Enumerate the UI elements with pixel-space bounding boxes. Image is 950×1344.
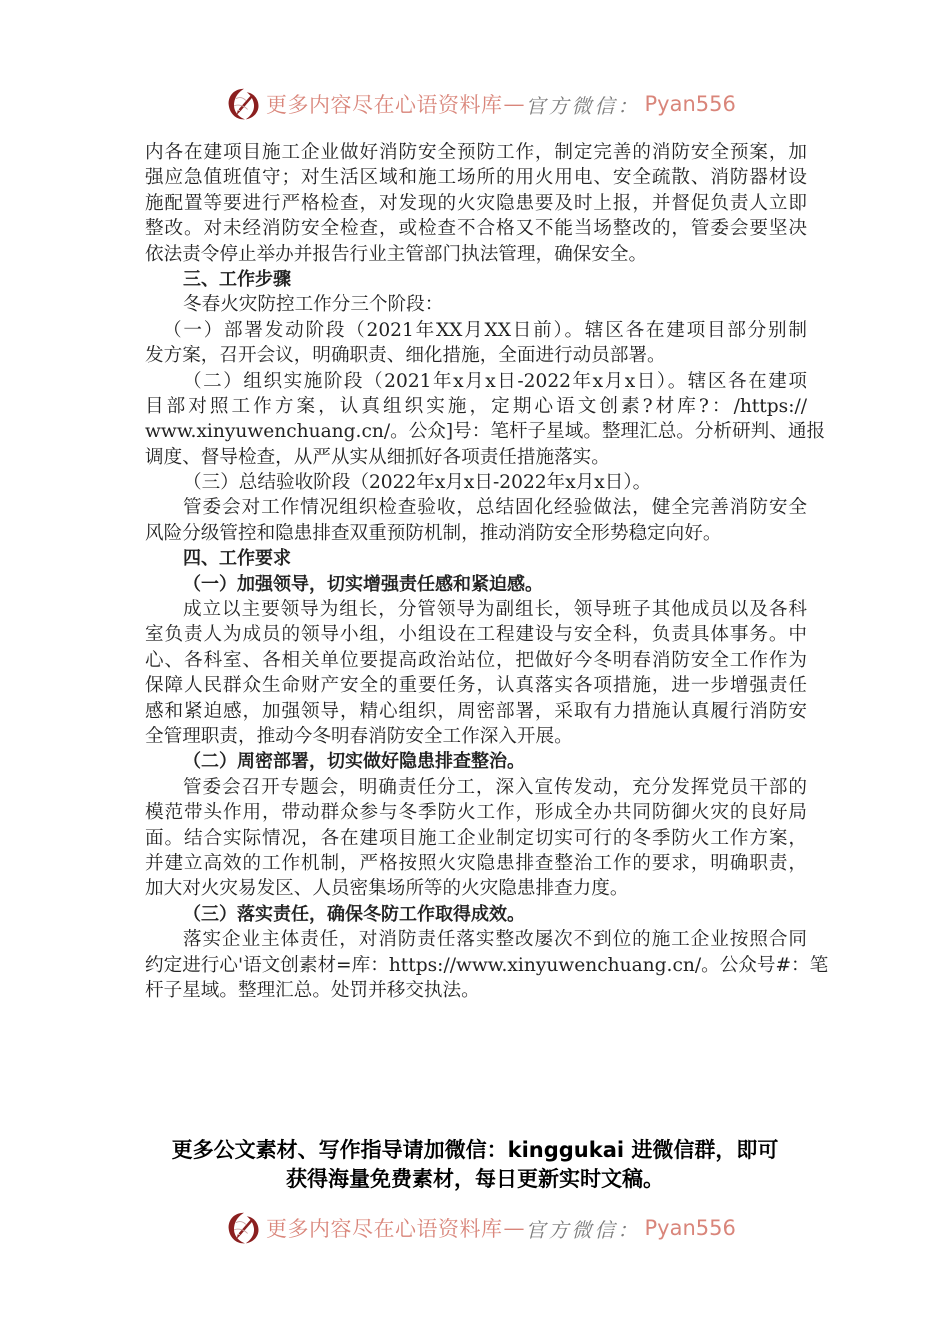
paragraph-line: 模范带头作用，带动群众参与冬季防火工作，形成全办共同防御火灾的良好局 (145, 800, 807, 825)
paragraph-line: 杆子星域。整理汇总。处罚并移交执法。 (145, 978, 807, 1003)
paragraph-line: 整改。对未经消防安全检查，或检查不合格又不能当场整改的，管委会要坚决 (145, 216, 807, 241)
banner-site-text: 更多内容尽在心语资料库 (266, 1213, 503, 1243)
paragraph-line: 管委会召开专题会，明确责任分工，深入宣传发动，充分发挥党员干部的 (145, 775, 807, 800)
promo-notice: 更多公文素材、写作指导请加微信：kinggukai 进微信群，即可 获得海量免费… (150, 1136, 800, 1194)
quill-pen-logo-icon (226, 1209, 262, 1247)
paragraph-line: 约定进行心'语文创素材=库：https://www.xinyuwenchuang… (145, 953, 807, 978)
paragraph-line: 施配置等要进行严格检查，对发现的火灾隐患要及时上报，并督促负责人立即 (145, 191, 807, 216)
quill-pen-logo-icon (226, 85, 262, 123)
paragraph-line: 内各在建项目施工企业做好消防安全预防工作，制定完善的消防安全预案，加 (145, 140, 807, 165)
banner-official-label: 官方微信： (526, 90, 641, 119)
paragraph-line: 调度、督导检查，从严从实从细抓好各项责任措施落实。 (145, 445, 807, 470)
banner-dash: — (504, 1216, 525, 1240)
paragraph-line: 室负责人为成员的领导小组，小组设在工程建设与安全科，负责具体事务。中 (145, 622, 807, 647)
banner-official-label: 官方微信： (526, 1214, 641, 1243)
section-heading: 三、工作步骤 (145, 267, 807, 292)
banner-wechat-id: Pyan556 (645, 92, 736, 116)
paragraph-line: 成立以主要领导为组长，分管领导为副组长，领导班子其他成员以及各科 (145, 597, 807, 622)
document-body: 内各在建项目施工企业做好消防安全预防工作，制定完善的消防安全预案，加强应急值班值… (145, 140, 807, 1003)
section-heading: （二）周密部署，切实做好隐患排查整治。 (145, 749, 807, 774)
paragraph-line: （二）组织实施阶段（2021年x月x日-2022年x月x日）。辖区各在建项 (145, 369, 807, 394)
paragraph-line: 强应急值班值守；对生活区域和施工场所的用火用电、安全疏散、消防器材设 (145, 165, 807, 190)
paragraph-line: 管委会对工作情况组织检查验收，总结固化经验做法，健全完善消防安全 (145, 495, 807, 520)
promo-line-1: 更多公文素材、写作指导请加微信：kinggukai 进微信群，即可 (150, 1136, 800, 1165)
paragraph-line: 落实企业主体责任，对消防责任落实整改屡次不到位的施工企业按照合同 (145, 927, 807, 952)
paragraph-line: 风险分级管控和隐患排查双重预防机制，推动消防安全形势稳定向好。 (145, 521, 807, 546)
paragraph-line: 并建立高效的工作机制，严格按照火灾隐患排查整治工作的要求，明确职责， (145, 851, 807, 876)
paragraph-line: 加大对火灾易发区、人员密集场所等的火灾隐患排查力度。 (145, 876, 807, 901)
paragraph-line: 感和紧迫感，加强领导，精心组织，周密部署，采取有力措施认真履行消防安 (145, 699, 807, 724)
section-heading: （一）加强领导，切实增强责任感和紧迫感。 (145, 572, 807, 597)
paragraph-line: 心、各科室、各相关单位要提高政治站位，把做好今冬明春消防安全工作作为 (145, 648, 807, 673)
paragraph-line: （一）部署发动阶段（2021年XX月XX日前）。辖区各在建项目部分别制 (145, 318, 807, 343)
paragraph-line: 冬春火灾防控工作分三个阶段： (145, 292, 807, 317)
banner-wechat-id: Pyan556 (645, 1216, 736, 1240)
banner-site-text: 更多内容尽在心语资料库 (266, 89, 503, 119)
paragraph-line: 全管理职责，推动今冬明春消防安全工作深入开展。 (145, 724, 807, 749)
banner-dash: — (504, 92, 525, 116)
section-heading: （三）落实责任，确保冬防工作取得成效。 (145, 902, 807, 927)
paragraph-line: 发方案，召开会议，明确职责、细化措施，全面进行动员部署。 (145, 343, 807, 368)
paragraph-line: 面。结合实际情况，各在建项目施工企业制定切实可行的冬季防火工作方案， (145, 826, 807, 851)
promo-line-2: 获得海量免费素材，每日更新实时文稿。 (150, 1165, 800, 1194)
header-watermark-banner: 更多内容尽在心语资料库 — 官方微信： Pyan556 (226, 82, 736, 126)
paragraph-line: www.xinyuwenchuang.cn/。公众]号：笔杆子星域。整理汇总。分… (145, 419, 807, 444)
paragraph-line: （三）总结验收阶段（2022年x月x日-2022年x月x日）。 (145, 470, 807, 495)
paragraph-line: 依法责令停止举办并报告行业主管部门执法管理，确保安全。 (145, 242, 807, 267)
paragraph-line: 保障人民群众生命财产安全的重要任务，认真落实各项措施，进一步增强责任 (145, 673, 807, 698)
paragraph-line: 目部对照工作方案，认真组织实施，定期心语文创素?材库?：/https:// (145, 394, 807, 419)
footer-watermark-banner: 更多内容尽在心语资料库 — 官方微信： Pyan556 (226, 1206, 736, 1250)
section-heading: 四、工作要求 (145, 546, 807, 571)
